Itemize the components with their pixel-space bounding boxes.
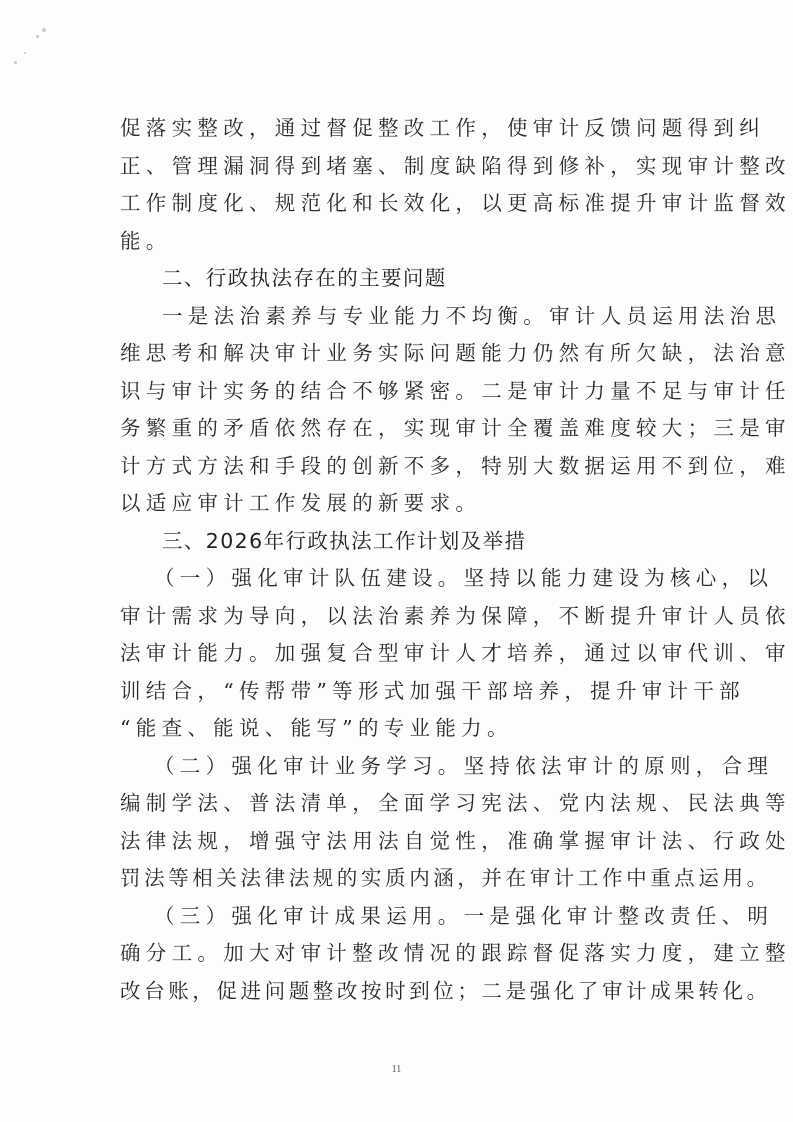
text-line: “能查、能说、能写”的专业能力。 (120, 710, 680, 748)
section-heading: 三、2026年行政执法工作计划及举措 (120, 523, 680, 561)
subsection-results-application: （三）强化审计成果运用。一是强化审计整改责任、明 确分工。加大对审计整改情况的跟… (120, 898, 680, 1011)
text-line: 以适应审计工作发展的新要求。 (120, 485, 680, 523)
text-line: 罚法等相关法律法规的实质内涵，并在审计工作中重点运用。 (120, 860, 680, 898)
text-line: 审计需求为导向，以法治素养为保障，不断提升审计人员依 (120, 598, 680, 636)
section-heading: 二、行政执法存在的主要问题 (120, 260, 680, 298)
text-line: 法审计能力。加强复合型审计人才培养，通过以审代训、审 (120, 635, 680, 673)
text-line: 工作制度化、规范化和长效化，以更高标准提升审计监督效 (120, 185, 680, 223)
section-work-plan: 三、2026年行政执法工作计划及举措 （一）强化审计队伍建设。坚持以能力建设为核… (120, 523, 680, 1011)
text-line: 务繁重的矛盾依然存在，实现审计全覆盖难度较大；三是审 (120, 410, 680, 448)
scan-speck (42, 28, 46, 32)
text-line: 识与审计实务的结合不够紧密。二是审计力量不足与审计任 (120, 373, 680, 411)
text-line: 训结合，“传帮带”等形式加强干部培养，提升审计干部 (120, 673, 680, 711)
page-number: 11 (0, 1064, 793, 1075)
scan-speck (14, 61, 17, 64)
document-page: 促落实整改，通过督促整改工作，使审计反馈问题得到纠 正、管理漏洞得到堵塞、制度缺… (0, 0, 793, 1122)
text-line: 确分工。加大对审计整改情况的跟踪督促落实力度，建立整 (120, 935, 680, 973)
text-line: 法律法规，增强守法用法自觉性，准确掌握审计法、行政处 (120, 823, 680, 861)
scan-speck (36, 35, 39, 38)
document-body: 促落实整改，通过督促整改工作，使审计反馈问题得到纠 正、管理漏洞得到堵塞、制度缺… (120, 110, 680, 1010)
text-line: 促落实整改，通过督促整改工作，使审计反馈问题得到纠 (120, 110, 680, 148)
scan-speck (24, 52, 26, 54)
text-line: 编制学法、普法清单，全面学习宪法、党内法规、民法典等 (120, 785, 680, 823)
subsection-business-learning: （二）强化审计业务学习。坚持依法审计的原则，合理 编制学法、普法清单，全面学习宪… (120, 748, 680, 898)
text-line: （三）强化审计成果运用。一是强化审计整改责任、明 (120, 898, 680, 936)
text-line: 正、管理漏洞得到堵塞、制度缺陷得到修补，实现审计整改 (120, 148, 680, 186)
text-line: 计方式方法和手段的创新不多，特别大数据运用不到位，难 (120, 448, 680, 486)
text-line: 维思考和解决审计业务实际问题能力仍然有所欠缺，法治意 (120, 335, 680, 373)
text-line: （一）强化审计队伍建设。坚持以能力建设为核心，以 (120, 560, 680, 598)
text-line: （二）强化审计业务学习。坚持依法审计的原则，合理 (120, 748, 680, 786)
subsection-team-building: （一）强化审计队伍建设。坚持以能力建设为核心，以 审计需求为导向，以法治素养为保… (120, 560, 680, 748)
text-line: 改台账，促进问题整改按时到位；二是强化了审计成果转化。 (120, 973, 680, 1011)
continuation-paragraph: 促落实整改，通过督促整改工作，使审计反馈问题得到纠 正、管理漏洞得到堵塞、制度缺… (120, 110, 680, 260)
text-line: 能。 (120, 223, 680, 261)
text-line: 一是法治素养与专业能力不均衡。审计人员运用法治思 (120, 298, 680, 336)
section-main-problems: 二、行政执法存在的主要问题 一是法治素养与专业能力不均衡。审计人员运用法治思 维… (120, 260, 680, 523)
